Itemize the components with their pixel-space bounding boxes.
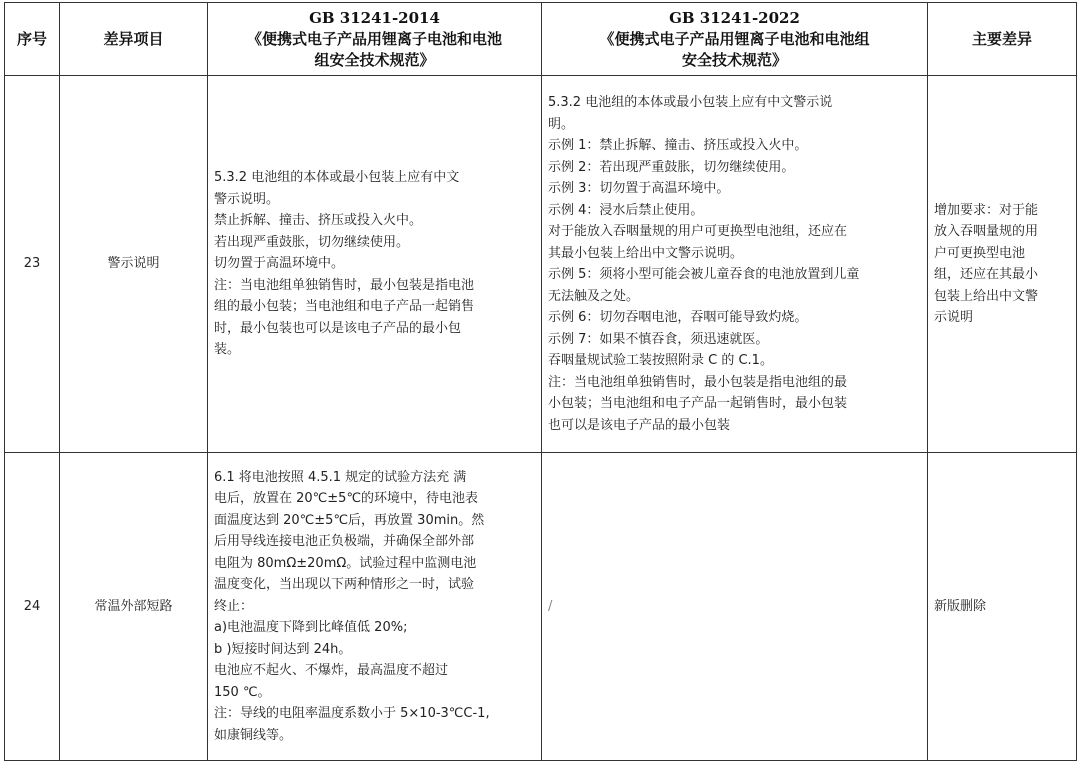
row-main-difference: 增加要求：对于能 放入吞咽量规的用 户可更换型电池 组，还应在其最小 包装上给出… — [928, 76, 1077, 453]
standard-comparison-table: 序号 差异项目 GB 31241-2014 《便携式电子产品用锂离子电池和电池 … — [4, 2, 1077, 761]
row-new-standard-text: 5.3.2 电池组的本体或最小包装上应有中文警示说 明。 示例 1：禁止拆解、撞… — [542, 76, 928, 453]
table-row: 23 警示说明 5.3.2 电池组的本体或最小包装上应有中文 警示说明。 禁止拆… — [5, 76, 1077, 453]
table-row: 24 常温外部短路 6.1 将电池按照 4.5.1 规定的试验方法充 满 电后，… — [5, 453, 1077, 761]
row-new-standard-text: / — [542, 453, 928, 761]
header-gb-2022: GB 31241-2022 《便携式电子产品用锂离子电池和电池组 安全技术规范》 — [542, 3, 928, 76]
header-main-difference: 主要差异 — [928, 3, 1077, 76]
table-header-row: 序号 差异项目 GB 31241-2014 《便携式电子产品用锂离子电池和电池 … — [5, 3, 1077, 76]
header-seq-no: 序号 — [5, 3, 60, 76]
row-old-standard-text: 6.1 将电池按照 4.5.1 规定的试验方法充 满 电后，放置在 20℃±5℃… — [208, 453, 542, 761]
row-seq-no: 24 — [5, 453, 60, 761]
row-diff-item: 警示说明 — [60, 76, 208, 453]
row-diff-item: 常温外部短路 — [60, 453, 208, 761]
row-old-standard-text: 5.3.2 电池组的本体或最小包装上应有中文 警示说明。 禁止拆解、撞击、挤压或… — [208, 76, 542, 453]
header-gb-2014: GB 31241-2014 《便携式电子产品用锂离子电池和电池 组安全技术规范》 — [208, 3, 542, 76]
row-main-difference: 新版删除 — [928, 453, 1077, 761]
header-diff-item: 差异项目 — [60, 3, 208, 76]
row-seq-no: 23 — [5, 76, 60, 453]
